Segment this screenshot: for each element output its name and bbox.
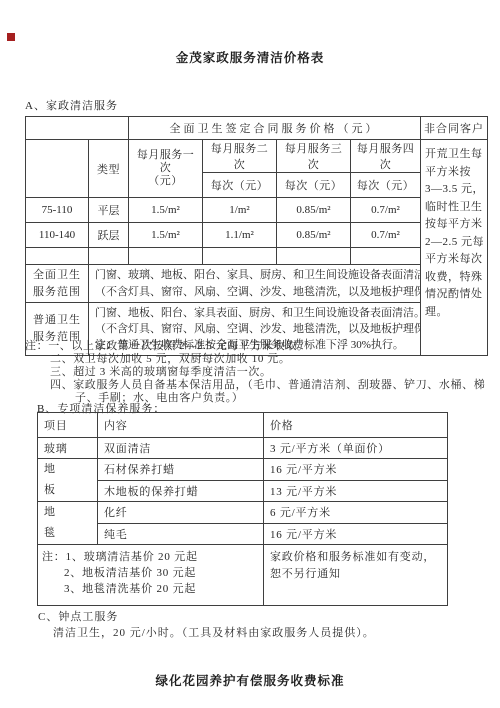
price-cell: 0.85/m² — [277, 223, 351, 248]
service-col-3-header-cell: 每月服务三次 — [277, 140, 351, 173]
item-cell: 玻璃 — [38, 438, 98, 459]
price-change-notice-cell: 家政价格和服务标准如有变动，恕不另行通知 — [264, 545, 448, 606]
price-cell: 6 元/平方米 — [264, 502, 448, 524]
area-cell: 110-140 — [26, 223, 89, 248]
note-line-2: 二、双卫每次加收 5 元，双厨每次加收 10 元。 — [50, 353, 490, 366]
table-row: 纯毛 16 元/平方米 — [38, 523, 448, 545]
price-cell: 16 元/平方米 — [264, 459, 448, 481]
scope-line: （不含灯具、窗帘、风扇、空调、沙发、地毯清洗，以及地板护理保养） — [95, 284, 414, 301]
price-cell: 1.5/m² — [129, 198, 203, 223]
per-time-cell-3: 每次（元） — [277, 173, 351, 198]
price-cell: 0.7/m² — [351, 223, 421, 248]
scope-line: 门窗、地板、阳台、家具表面、厨房、和卫生间设施设备表面清洁。 — [95, 305, 414, 321]
price-cell: 1/m² — [203, 198, 277, 223]
item-header-cell: 项目 — [38, 413, 98, 438]
section-a-label: A、家政清洁服务 — [25, 97, 118, 113]
base-price-note-2: 2、地板清洁基价 30 元起 — [64, 565, 259, 581]
table-a-header-row-1: 全面卫生签定合同服务价格（元） 非合同客户 — [26, 117, 488, 140]
scope-line: 门窗、玻璃、地板、阳台、家具、厨房、和卫生间设施设备表面清洁。 — [95, 267, 414, 284]
type-header-cell: 类型 — [89, 140, 129, 198]
table-row: 75-110 平层 1.5/m² 1/m² 0.85/m² 0.7/m² — [26, 198, 488, 223]
page-title: 金茂家政服务清洁价格表 — [0, 48, 500, 66]
table-row: 110-140 跃层 1.5/m² 1.1/m² 0.85/m² 0.7/m² — [26, 223, 488, 248]
price-cell: 1.5/m² — [129, 223, 203, 248]
empty-cell — [351, 248, 421, 265]
table-a-header-row-2: 类型 每月服务一次 （元） 每月服务二次 每月服务三次 每月服务四次 开荒卫生每… — [26, 140, 488, 173]
empty-cell — [129, 248, 203, 265]
empty-cell — [26, 140, 89, 198]
empty-cell — [277, 248, 351, 265]
section-c-text: 清洁卫生，20 元/小时。（工具及材料由家政服务人员提供）。 — [53, 624, 375, 640]
content-cell: 石材保养打蜡 — [98, 459, 264, 481]
footer-title: 绿化花园养护有偿服务收费标准 — [0, 671, 500, 689]
table-b-note-row: 注：1、玻璃清洁基价 20 元起 2、地板清洁基价 30 元起 3、地毯清洗基价… — [38, 545, 448, 606]
document-page: 金茂家政服务清洁价格表 A、家政清洁服务 全面卫生签定合同服务价格（元） 非合同… — [0, 0, 500, 708]
scope-label-cell: 全面卫生 服务范围 — [26, 265, 89, 303]
service-col-2-header-cell: 每月服务二次 — [203, 140, 277, 173]
table-a-notes: 注：一、以上家政第一次按照 2—2.5 元每平方米收取。 二、双卫每次加收 5 … — [25, 340, 490, 405]
empty-cell — [203, 248, 277, 265]
empty-row — [26, 248, 488, 265]
price-cell: 3 元/平方米（单面价） — [264, 438, 448, 459]
scope-row-full: 全面卫生 服务范围 门窗、玻璃、地板、阳台、家具、厨房、和卫生间设施设备表面清洁… — [26, 265, 488, 303]
table-row: 木地板的保养打蜡 13 元/平方米 — [38, 480, 448, 502]
scope-line: （不含灯具、窗帘、风扇、空调、沙发、地毯清洗，以及地板护理保养） — [95, 321, 414, 337]
section-c-label: C、钟点工服务 — [38, 608, 118, 624]
content-cell: 双面清洁 — [98, 438, 264, 459]
service-col-1-header-cell: 每月服务一次 （元） — [129, 140, 203, 198]
red-stamp-mark — [7, 33, 15, 41]
empty-corner-cell — [26, 117, 129, 140]
note-line-1: 注：一、以上家政第一次按照 2—2.5 元每平方米收取。 — [25, 340, 490, 353]
table-row: 地 板 石材保养打蜡 16 元/平方米 — [38, 459, 448, 481]
table-row: 玻璃 双面清洁 3 元/平方米（单面价） — [38, 438, 448, 459]
special-maintenance-table: 项目 内容 价格 玻璃 双面清洁 3 元/平方米（单面价） 地 板 石材保养打蜡… — [37, 412, 448, 606]
non-contract-header-cell: 非合同客户 — [421, 117, 488, 140]
scope-text-cell: 门窗、玻璃、地板、阳台、家具、厨房、和卫生间设施设备表面清洁。 （不含灯具、窗帘… — [89, 265, 421, 303]
price-cell: 0.85/m² — [277, 198, 351, 223]
service-col-4-header-cell: 每月服务四次 — [351, 140, 421, 173]
contract-price-header-cell: 全面卫生签定合同服务价格（元） — [129, 117, 421, 140]
content-header-cell: 内容 — [98, 413, 264, 438]
price-cell: 13 元/平方米 — [264, 480, 448, 502]
service-col-1-line1: 每月服务一次 — [132, 149, 199, 175]
price-cell: 1.1/m² — [203, 223, 277, 248]
type-cell: 跃层 — [89, 223, 129, 248]
cleaning-price-table: 全面卫生签定合同服务价格（元） 非合同客户 类型 每月服务一次 （元） 每月服务… — [25, 116, 488, 356]
content-cell: 纯毛 — [98, 523, 264, 545]
table-b-header-row: 项目 内容 价格 — [38, 413, 448, 438]
base-price-note-1: 注：1、玻璃清洁基价 20 元起 — [42, 549, 259, 565]
item-cell: 地 毯 — [38, 502, 98, 545]
price-cell: 0.7/m² — [351, 198, 421, 223]
per-time-cell-2: 每次（元） — [203, 173, 277, 198]
type-cell: 平层 — [89, 198, 129, 223]
price-cell: 16 元/平方米 — [264, 523, 448, 545]
empty-cell — [89, 248, 129, 265]
empty-cell — [26, 248, 89, 265]
service-col-1-line2: （元） — [132, 175, 199, 188]
non-contract-text-cell: 开荒卫生每 平方米按 3—3.5 元， 临时性卫生 按每平方米 2—2.5 元每… — [421, 140, 488, 356]
per-time-cell-4: 每次（元） — [351, 173, 421, 198]
area-cell: 75-110 — [26, 198, 89, 223]
base-price-note-3: 3、地毯清洗基价 20 元起 — [64, 581, 259, 597]
table-row: 地 毯 化纤 6 元/平方米 — [38, 502, 448, 524]
base-price-notes-cell: 注：1、玻璃清洁基价 20 元起 2、地板清洁基价 30 元起 3、地毯清洗基价… — [38, 545, 264, 606]
content-cell: 化纤 — [98, 502, 264, 524]
content-cell: 木地板的保养打蜡 — [98, 480, 264, 502]
note-line-3: 三、超过 3 米高的玻璃窗每季度清洁一次。 — [50, 366, 490, 379]
price-header-cell: 价格 — [264, 413, 448, 438]
item-cell: 地 板 — [38, 459, 98, 502]
